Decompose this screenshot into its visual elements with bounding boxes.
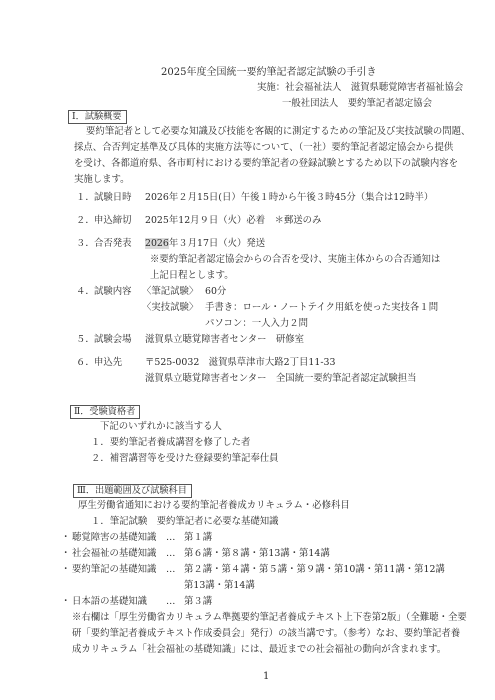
item-number: ３． bbox=[76, 238, 95, 250]
item-value-rest: 年３月17日（火）発送 bbox=[169, 238, 265, 249]
qualification-item-1: １．要約筆記者養成講習を修了した者 bbox=[91, 437, 250, 449]
item-value: 2026年２月15日(日）午後１時から午後３時45分（集合は12時半） bbox=[145, 192, 433, 204]
organizer-line-2: 一般社団法人 要約筆記者認定協会 bbox=[282, 98, 432, 110]
practical-exam-label: 〈実技試験〉 bbox=[142, 302, 198, 314]
document-title: 2025年度全国統一要約筆記者認定試験の手引き bbox=[161, 66, 376, 79]
bullet: ・ bbox=[61, 532, 70, 544]
section-1-heading: Ⅰ．試験概要 bbox=[68, 110, 127, 124]
section-1-intro-line-4: 実施します。 bbox=[74, 174, 130, 186]
item-label: 申込締切 bbox=[94, 215, 132, 227]
section-3-note-line-2: 研「要約筆記者養成テキスト作成委員会」発行）の該当講です。（参考）なお、要約筆記… bbox=[72, 628, 460, 640]
item-value: 2026年３月17日（火）発送 bbox=[145, 238, 265, 250]
item-number: １． bbox=[76, 192, 95, 204]
subject-name: 日本語の基礎知識 bbox=[72, 596, 147, 608]
section-3-note-line-1: ※右欄は「厚生労働省カリキュラム準拠要約筆記者養成テキスト上下巻第2版」（全難聴… bbox=[72, 612, 467, 624]
written-exam-label: 〈筆記試験〉 bbox=[142, 286, 198, 298]
item-label: 試験会場 bbox=[94, 334, 132, 346]
subject-lectures: 第２講・第４講・第５講・第９講・第10講・第11講・第12講 bbox=[184, 564, 445, 576]
subject-dots: … bbox=[166, 548, 175, 560]
section-1-intro-line-1: 要約筆記者として必要な知識及び技能を客観的に測定するための筆記及び実技試験の問題… bbox=[86, 126, 470, 138]
section-3-note-line-3: 成カリキュラム「社会福祉の基礎知識」には、最近までの社会福祉の動向が含まれます。 bbox=[72, 644, 446, 656]
organizer-line-1: 実施：社会福祉法人 滋賀県聴覚障害者福祉協会 bbox=[257, 82, 463, 94]
item-label: 試験内容 bbox=[94, 286, 132, 298]
subject-name: 社会福祉の基礎知識 bbox=[72, 548, 156, 560]
subject-dots: … bbox=[166, 532, 175, 544]
bullet: ・ bbox=[61, 548, 70, 560]
application-address-line-2: 滋賀県立聴覚障害者センター 全国統一要約筆記者認定試験担当 bbox=[145, 373, 417, 385]
practical-exam-value-1: 手書き：ロール・ノートテイク用紙を使った実技各１問 bbox=[205, 302, 438, 314]
page-number: 1 bbox=[263, 670, 269, 683]
item-value: 2025年12月９日（火）必着 ＊郵送のみ bbox=[145, 215, 321, 227]
section-1-intro-line-3: を受け、各都道府県、各市町村における要約筆記者の登録試験とするため以下の試験内容… bbox=[74, 158, 458, 170]
qualification-item-2: ２．補習講習等を受けた登録要約筆記奉仕員 bbox=[91, 453, 279, 465]
subject-name: 聴覚障害の基礎知識 bbox=[72, 532, 156, 544]
item-label: 申込先 bbox=[94, 357, 122, 369]
result-note-line-2: 上記日程とします。 bbox=[150, 270, 234, 282]
bullet: ・ bbox=[61, 564, 70, 576]
practical-exam-value-2: パソコン：一人入力２問 bbox=[205, 318, 308, 330]
item-value: 〒525-0032 滋賀県草津市大路2丁目11-33 bbox=[145, 357, 335, 369]
subject-dots: … bbox=[166, 596, 175, 608]
subject-name: 要約筆記の基礎知識 bbox=[72, 564, 156, 576]
section-3-heading: Ⅲ．出題範囲及び試験科目 bbox=[73, 484, 192, 498]
section-1-intro-line-2: 採点、合否判定基準及び具体的実施方法等について、（一社）要約筆記者認定協会から提… bbox=[74, 142, 453, 154]
item-number: ２． bbox=[76, 215, 95, 227]
bullet: ・ bbox=[61, 596, 70, 608]
subject-lectures: 第６講・第８講・第13講・第14講 bbox=[184, 548, 330, 560]
subject-lectures-continued: 第13講・第14講 bbox=[184, 580, 255, 592]
item-label: 試験日時 bbox=[94, 192, 132, 204]
section-3-sub: １．筆記試験 要約筆記者に必要な基礎知識 bbox=[91, 516, 279, 528]
item-number: ６． bbox=[76, 357, 95, 369]
item-label: 合否発表 bbox=[94, 238, 132, 250]
item-number: ４． bbox=[76, 286, 95, 298]
subject-dots: … bbox=[166, 564, 175, 576]
result-note-line-1: ※要約筆記者認定協会からの合否を受け、実施主体からの合否通知は bbox=[150, 254, 440, 266]
item-value: 滋賀県立聴覚障害者センター 研修室 bbox=[145, 334, 304, 346]
section-3-intro: 厚生労働省通知における要約筆記者養成カリキュラム・必修科目 bbox=[78, 500, 350, 512]
written-exam-value: 60分 bbox=[205, 286, 226, 298]
highlighted-year: 2026 bbox=[145, 238, 169, 249]
section-2-heading: Ⅱ．受験資格者 bbox=[70, 405, 140, 419]
item-number: ５． bbox=[76, 334, 95, 346]
subject-lectures: 第１講 bbox=[184, 532, 212, 544]
subject-lectures: 第３講 bbox=[184, 596, 212, 608]
section-2-intro: 下記のいずれかに該当する人 bbox=[100, 421, 222, 433]
